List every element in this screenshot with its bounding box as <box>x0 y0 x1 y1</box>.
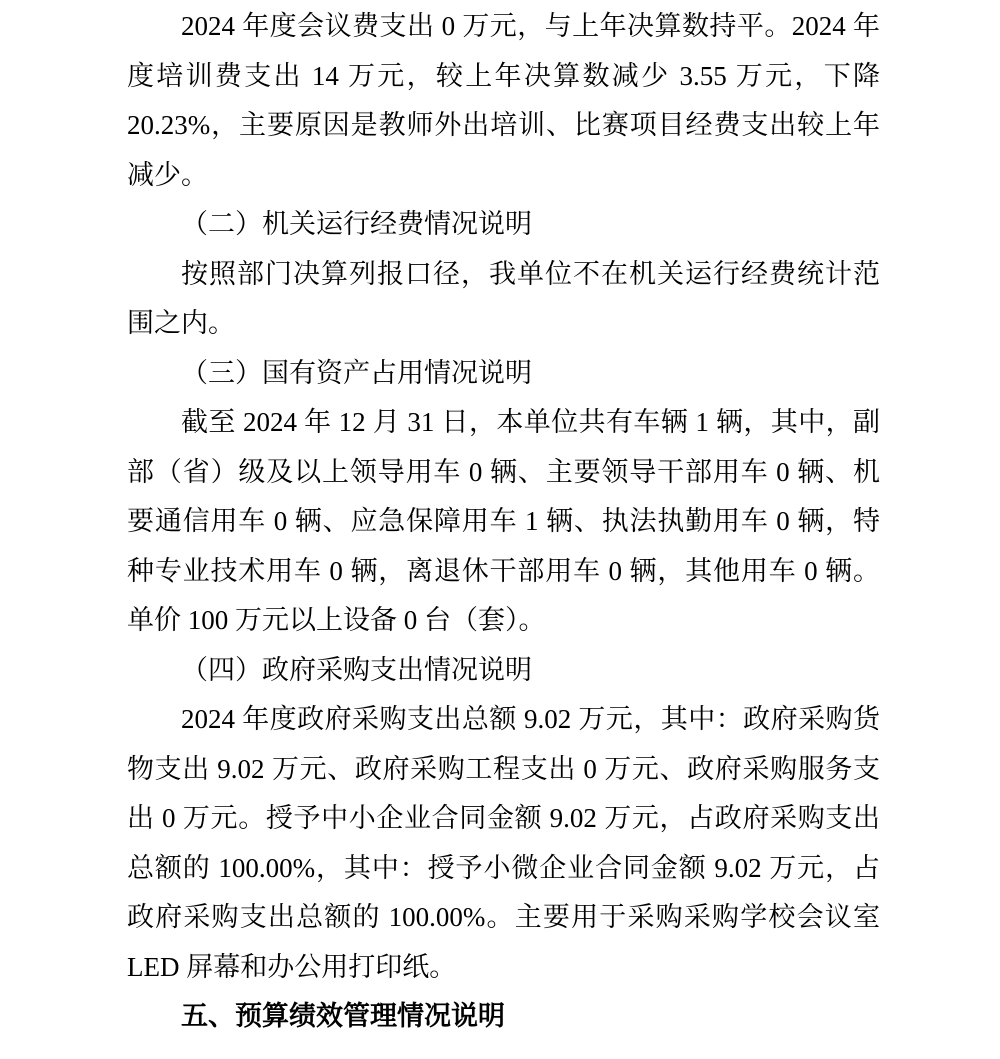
subheading-agency-operating-expense: （二）机关运行经费情况说明 <box>127 200 880 250</box>
subheading-state-owned-assets: （三）国有资产占用情况说明 <box>127 349 880 399</box>
paragraph-meeting-training-expense: 2024 年度会议费支出 0 万元，与上年决算数持平。2024 年度培训费支出 … <box>127 2 880 200</box>
document-page: 2024 年度会议费支出 0 万元，与上年决算数持平。2024 年度培训费支出 … <box>0 0 1000 1059</box>
paragraph-state-owned-assets: 截至 2024 年 12 月 31 日，本单位共有车辆 1 辆，其中，副部（省）… <box>127 398 880 646</box>
paragraph-agency-operating-expense: 按照部门决算列报口径，我单位不在机关运行经费统计范围之内。 <box>127 250 880 349</box>
paragraph-government-procurement: 2024 年度政府采购支出总额 9.02 万元，其中：政府采购货物支出 9.02… <box>127 695 880 992</box>
document-body: 2024 年度会议费支出 0 万元，与上年决算数持平。2024 年度培训费支出 … <box>127 2 880 1042</box>
section-heading-budget-performance: 五、预算绩效管理情况说明 <box>127 992 880 1042</box>
subheading-government-procurement: （四）政府采购支出情况说明 <box>127 646 880 696</box>
